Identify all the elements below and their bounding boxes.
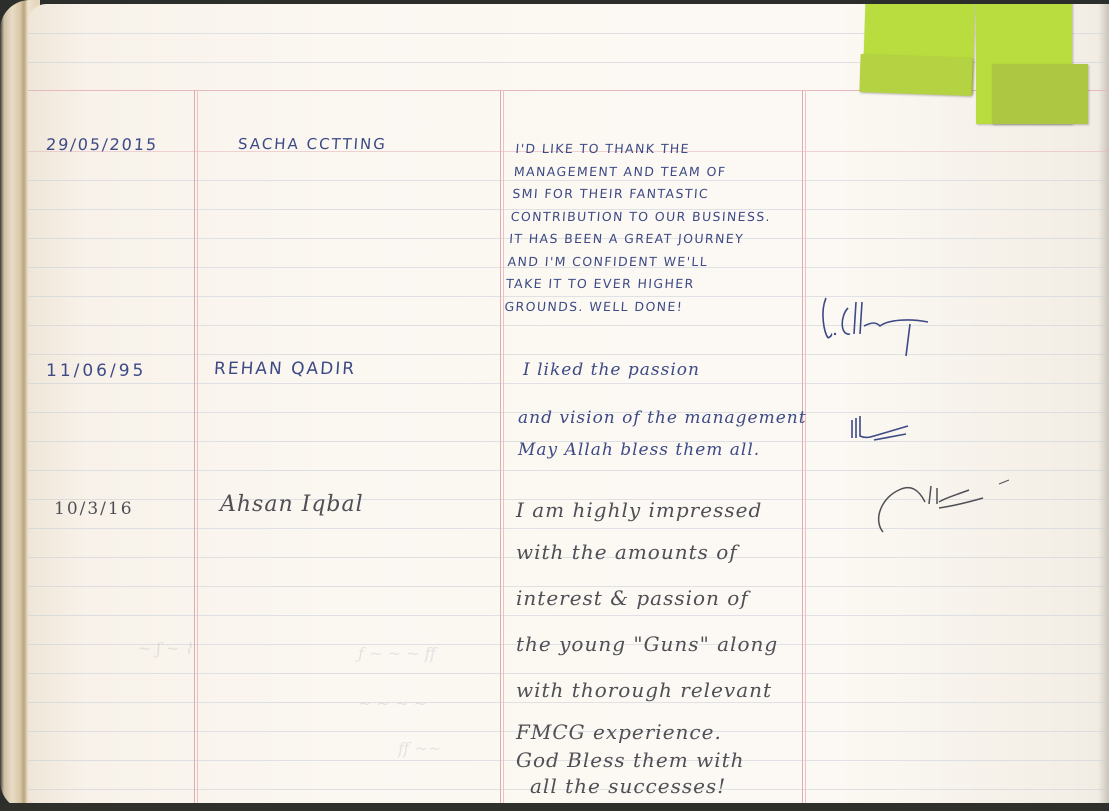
entry-date: 29/05/2015 bbox=[45, 135, 159, 154]
column-divider-date bbox=[194, 90, 195, 804]
entry-date: 11/06/95 bbox=[46, 361, 146, 381]
entry-name: Ahsan Iqbal bbox=[220, 492, 364, 517]
column-divider-comment bbox=[802, 90, 803, 804]
column-divider-name bbox=[500, 90, 501, 804]
bleed-through-text: ƒ ~ ~ ~ ff bbox=[358, 644, 436, 663]
signature-sacha bbox=[818, 292, 958, 362]
sticky-note-right-fold bbox=[992, 64, 1088, 124]
entry-date: 10/3/16 bbox=[54, 499, 134, 519]
book-bottom-edge bbox=[0, 803, 1109, 811]
sticky-note-left-fold bbox=[859, 54, 972, 96]
guestbook-page: ~ ʃ ~ ⌇ ƒ ~ ~ ~ ff ~ ~ ~ ~ ff ~~ 29/05/2… bbox=[28, 4, 1109, 804]
signature-ahsan bbox=[873, 474, 1023, 544]
bleed-through-text: ff ~~ bbox=[398, 739, 441, 758]
entry-name: SACHA CCTTING bbox=[237, 135, 387, 153]
bleed-through-text: ~ ~ ~ ~ bbox=[358, 694, 427, 713]
entry-name: REHAN QADIR bbox=[213, 359, 356, 379]
bleed-through-text: ~ ʃ ~ ⌇ bbox=[138, 639, 192, 658]
entry-comment: I'D LIKE TO THANK THE MANAGEMENT AND TEA… bbox=[504, 138, 777, 318]
signature-rehan bbox=[848, 412, 948, 452]
